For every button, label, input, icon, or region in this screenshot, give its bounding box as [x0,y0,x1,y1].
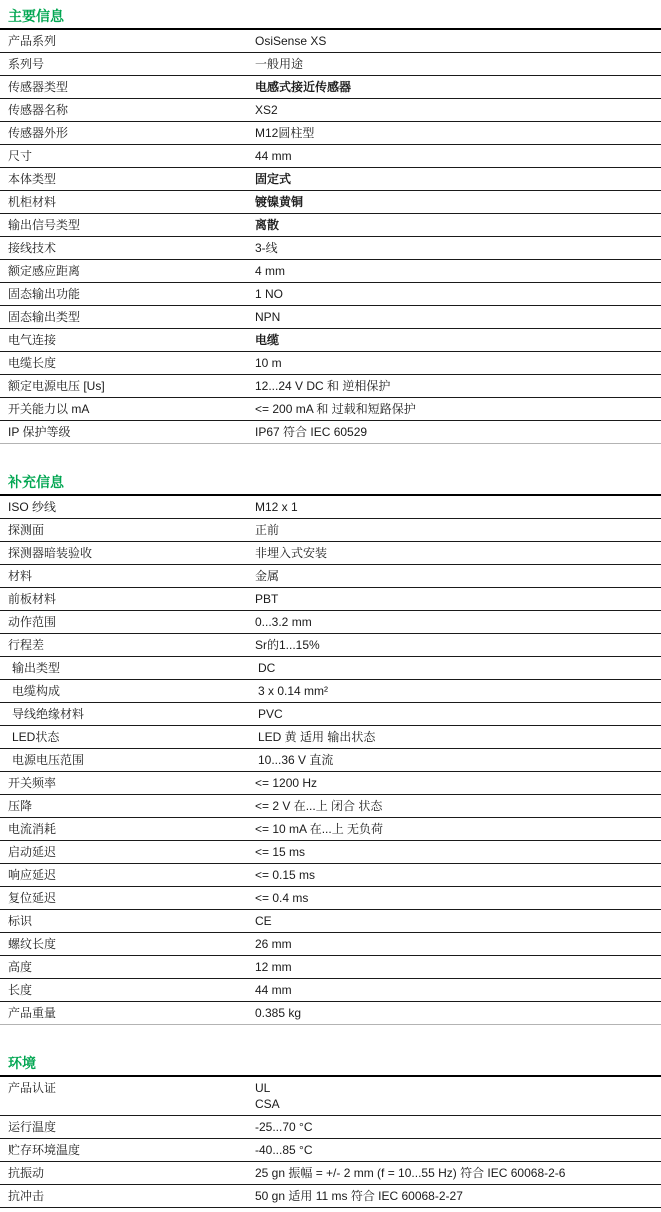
table-row: 额定感应距离 4 mm [0,260,661,283]
table-row: 尺寸 44 mm [0,145,661,168]
table-row: 本体类型 固定式 [0,168,661,191]
row-value: 25 gn 振幅 = +/- 2 mm (f = 10...55 Hz) 符合 … [255,1162,661,1184]
row-label: 抗振动 [0,1162,255,1184]
table-row: 抗振动 25 gn 振幅 = +/- 2 mm (f = 10...55 Hz)… [0,1162,661,1185]
table-row: 额定电源电压 [Us] 12...24 V DC 和 逆相保护 [0,375,661,398]
row-label: LED状态 [0,726,255,748]
table-row: 复位延迟 <= 0.4 ms [0,887,661,910]
row-value: 44 mm [255,145,661,167]
row-value: 0.385 kg [255,1002,661,1024]
table-row: 产品认证 UL CSA [0,1077,661,1116]
section-title: 补充信息 [0,474,661,496]
table-row: 响应延迟 <= 0.15 ms [0,864,661,887]
table-row: 探测面 正前 [0,519,661,542]
row-value: 26 mm [255,933,661,955]
row-value: IP67 符合 IEC 60529 [255,421,661,443]
row-value: 镀镍黄铜 [255,191,661,213]
row-value: <= 2 V 在...上 闭合 状态 [255,795,661,817]
table-row: 传感器类型 电感式接近传感器 [0,76,661,99]
row-label: 输出类型 [0,657,255,679]
row-value: 0...3.2 mm [255,611,661,633]
table-row: 材料 金属 [0,565,661,588]
spec-document: 主要信息 产品系列 OsiSense XS 系列号 一般用途 传感器类型 电感式… [0,8,661,1208]
row-value: NPN [255,306,661,328]
table-row: 产品重量 0.385 kg [0,1002,661,1025]
row-label: 运行温度 [0,1116,255,1138]
row-label: 压降 [0,795,255,817]
table-row: 长度 44 mm [0,979,661,1002]
table-row: 标识 CE [0,910,661,933]
row-value: <= 0.4 ms [255,887,661,909]
row-label: 复位延迟 [0,887,255,909]
row-label: 产品重量 [0,1002,255,1024]
row-label: 本体类型 [0,168,255,190]
row-value: 正前 [255,519,661,541]
table-row: 传感器名称 XS2 [0,99,661,122]
row-value: 离散 [255,214,661,236]
row-value: -40...85 °C [255,1139,661,1161]
table-row: 动作范围 0...3.2 mm [0,611,661,634]
table-row: 固态输出功能 1 NO [0,283,661,306]
row-label: 前板材料 [0,588,255,610]
section-rows: 产品认证 UL CSA 运行温度 -25...70 °C 贮存环境温度 -40.… [0,1077,661,1208]
table-row: 电气连接 电缆 [0,329,661,352]
row-label: 抗冲击 [0,1185,255,1207]
row-value: <= 15 ms [255,841,661,863]
row-label: 额定电源电压 [Us] [0,375,255,397]
row-label: 尺寸 [0,145,255,167]
row-label: 导线绝缘材料 [0,703,255,725]
table-row: 探测器暗装验收 非埋入式安装 [0,542,661,565]
table-row: 系列号 一般用途 [0,53,661,76]
table-row: 电缆构成 3 x 0.14 mm² [0,680,661,703]
table-row: 启动延迟 <= 15 ms [0,841,661,864]
table-row: ISO 纱线 M12 x 1 [0,496,661,519]
row-value: <= 0.15 ms [255,864,661,886]
spec-section: 补充信息 ISO 纱线 M12 x 1 探测面 正前 探测器暗装验收 非埋入式安… [0,474,661,1025]
row-value: 10...36 V 直流 [255,749,661,771]
row-label: 传感器类型 [0,76,255,98]
row-value: 4 mm [255,260,661,282]
row-label: 产品系列 [0,30,255,52]
row-value: 50 gn 适用 11 ms 符合 IEC 60068-2-27 [255,1185,661,1207]
row-value: DC [255,657,661,679]
row-value: 金属 [255,565,661,587]
row-label: 传感器名称 [0,99,255,121]
table-row: 高度 12 mm [0,956,661,979]
row-value: XS2 [255,99,661,121]
row-value: M12 x 1 [255,496,661,518]
row-label: 动作范围 [0,611,255,633]
row-label: 电源电压范围 [0,749,255,771]
row-label: 标识 [0,910,255,932]
table-row: 传感器外形 M12圆柱型 [0,122,661,145]
table-row: 电缆长度 10 m [0,352,661,375]
row-label: 产品认证 [0,1077,255,1099]
row-label: 额定感应距离 [0,260,255,282]
row-value: 非埋入式安装 [255,542,661,564]
table-row: 开关能力以 mA <= 200 mA 和 过载和短路保护 [0,398,661,421]
section-rows: ISO 纱线 M12 x 1 探测面 正前 探测器暗装验收 非埋入式安装 材料 … [0,496,661,1025]
table-row: 抗冲击 50 gn 适用 11 ms 符合 IEC 60068-2-27 [0,1185,661,1208]
row-value: UL CSA [255,1077,661,1115]
table-row: 输出类型 DC [0,657,661,680]
section-rows: 产品系列 OsiSense XS 系列号 一般用途 传感器类型 电感式接近传感器… [0,30,661,444]
table-row: IP 保护等级 IP67 符合 IEC 60529 [0,421,661,444]
row-value: CE [255,910,661,932]
table-row: 开关频率 <= 1200 Hz [0,772,661,795]
table-row: 产品系列 OsiSense XS [0,30,661,53]
row-label: 高度 [0,956,255,978]
table-row: 接线技术 3-线 [0,237,661,260]
row-value: 3 x 0.14 mm² [255,680,661,702]
table-row: 贮存环境温度 -40...85 °C [0,1139,661,1162]
table-row: 运行温度 -25...70 °C [0,1116,661,1139]
row-label: 机柜材料 [0,191,255,213]
row-value: 1 NO [255,283,661,305]
table-row: 固态输出类型 NPN [0,306,661,329]
spec-section: 主要信息 产品系列 OsiSense XS 系列号 一般用途 传感器类型 电感式… [0,8,661,444]
row-label: 系列号 [0,53,255,75]
row-value: PBT [255,588,661,610]
row-value: 44 mm [255,979,661,1001]
row-label: 开关频率 [0,772,255,794]
row-label: 启动延迟 [0,841,255,863]
row-label: 固态输出类型 [0,306,255,328]
row-value: PVC [255,703,661,725]
row-value: LED 黄 适用 输出状态 [255,726,661,748]
table-row: 输出信号类型 离散 [0,214,661,237]
row-label: 电缆构成 [0,680,255,702]
row-value: 10 m [255,352,661,374]
table-row: 导线绝缘材料 PVC [0,703,661,726]
row-label: 电流消耗 [0,818,255,840]
row-label: 探测面 [0,519,255,541]
row-label: 材料 [0,565,255,587]
row-value: Sr的1...15% [255,634,661,656]
row-value: <= 1200 Hz [255,772,661,794]
row-value: 电缆 [255,329,661,351]
row-value: 3-线 [255,237,661,259]
row-value: 电感式接近传感器 [255,76,661,98]
row-label: IP 保护等级 [0,421,255,443]
section-title: 环境 [0,1055,661,1077]
row-value: 一般用途 [255,53,661,75]
table-row: 电流消耗 <= 10 mA 在...上 无负荷 [0,818,661,841]
row-label: 响应延迟 [0,864,255,886]
row-value: 12...24 V DC 和 逆相保护 [255,375,661,397]
spec-section: 环境 产品认证 UL CSA 运行温度 -25...70 °C 贮存环境温度 -… [0,1055,661,1208]
row-value: <= 200 mA 和 过载和短路保护 [255,398,661,420]
row-label: 长度 [0,979,255,1001]
row-label: 传感器外形 [0,122,255,144]
row-label: 接线技术 [0,237,255,259]
section-title: 主要信息 [0,8,661,30]
table-row: 螺纹长度 26 mm [0,933,661,956]
row-value: 固定式 [255,168,661,190]
table-row: 行程差 Sr的1...15% [0,634,661,657]
row-value: <= 10 mA 在...上 无负荷 [255,818,661,840]
row-label: 输出信号类型 [0,214,255,236]
row-label: 贮存环境温度 [0,1139,255,1161]
row-label: 行程差 [0,634,255,656]
row-value: 12 mm [255,956,661,978]
row-value: OsiSense XS [255,30,661,52]
row-label: 电缆长度 [0,352,255,374]
row-label: 探测器暗装验收 [0,542,255,564]
row-label: ISO 纱线 [0,496,255,518]
row-value: -25...70 °C [255,1116,661,1138]
row-label: 开关能力以 mA [0,398,255,420]
row-label: 固态输出功能 [0,283,255,305]
table-row: 前板材料 PBT [0,588,661,611]
table-row: 机柜材料 镀镍黄铜 [0,191,661,214]
row-label: 电气连接 [0,329,255,351]
table-row: 压降 <= 2 V 在...上 闭合 状态 [0,795,661,818]
row-value: M12圆柱型 [255,122,661,144]
table-row: 电源电压范围 10...36 V 直流 [0,749,661,772]
row-label: 螺纹长度 [0,933,255,955]
table-row: LED状态 LED 黄 适用 输出状态 [0,726,661,749]
